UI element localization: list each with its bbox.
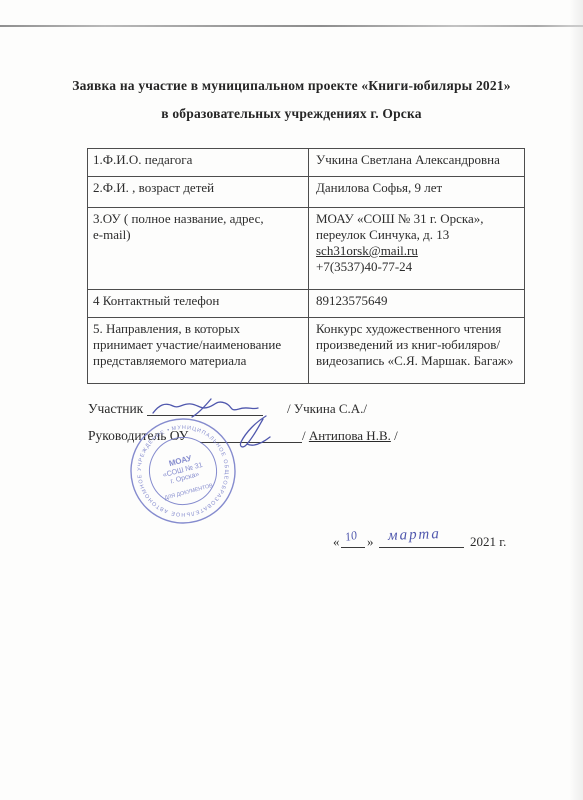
table-row-child: 2.Ф.И. , возраст детей Данилова Софья, 9…	[88, 177, 525, 208]
application-table: 1.Ф.И.О. педагога Учкина Светлана Алекса…	[87, 148, 525, 384]
row-label-child: 2.Ф.И. , возраст детей	[88, 177, 309, 208]
row-value-school: МОАУ «СОШ № 31 г. Орска», переулок Синчу…	[309, 208, 525, 290]
head-name-text: Антипова Н.В.	[309, 428, 391, 443]
row-label-phone: 4 Контактный телефон	[88, 290, 309, 318]
row-label-school: 3.ОУ ( полное название, адрес, e-mail)	[88, 208, 309, 290]
scan-artifact-top-line	[0, 25, 583, 27]
head-name: / Антипова Н.В. /	[302, 428, 398, 444]
date-open-quote: «	[333, 534, 340, 550]
stamp-bottom-text: ДЛЯ ДОКУМЕНТОВ	[164, 483, 214, 502]
school-email: sch31orsk@mail.ru	[316, 243, 518, 259]
date-close-quote: »	[367, 534, 374, 550]
head-name-close: /	[391, 428, 398, 443]
document-title-line1: Заявка на участие в муниципальном проект…	[0, 72, 583, 100]
document-title-line2: в образовательных учреждениях г. Орска	[0, 100, 583, 128]
date-month-handwritten: марта	[388, 526, 441, 545]
table-row-school: 3.ОУ ( полное название, адрес, e-mail) М…	[88, 208, 525, 290]
date-day-handwritten: 10	[344, 528, 359, 545]
date-year: 2021 г.	[470, 534, 506, 550]
scanned-application-page: Заявка на участие в муниципальном проект…	[0, 0, 583, 800]
table-row-phone: 4 Контактный телефон 89123575649	[88, 290, 525, 318]
participant-name: / Учкина С.А./	[287, 401, 367, 417]
school-phone: +7(3537)40-77-24	[316, 259, 518, 275]
participant-label: Участник	[88, 401, 143, 417]
row-value-teacher: Учкина Светлана Александровна	[309, 149, 525, 177]
row-value-phone: 89123575649	[309, 290, 525, 318]
table-row-direction: 5. Направления, в которых принимает учас…	[88, 318, 525, 384]
table-row-teacher: 1.Ф.И.О. педагога Учкина Светлана Алекса…	[88, 149, 525, 177]
row-label-teacher: 1.Ф.И.О. педагога	[88, 149, 309, 177]
school-address: МОАУ «СОШ № 31 г. Орска», переулок Синчу…	[316, 211, 518, 243]
row-value-child: Данилова Софья, 9 лет	[309, 177, 525, 208]
row-value-direction: Конкурс художественного чтения произведе…	[309, 318, 525, 384]
head-name-open: /	[302, 428, 309, 443]
row-label-direction: 5. Направления, в которых принимает учас…	[88, 318, 309, 384]
document-title: Заявка на участие в муниципальном проект…	[0, 72, 583, 128]
